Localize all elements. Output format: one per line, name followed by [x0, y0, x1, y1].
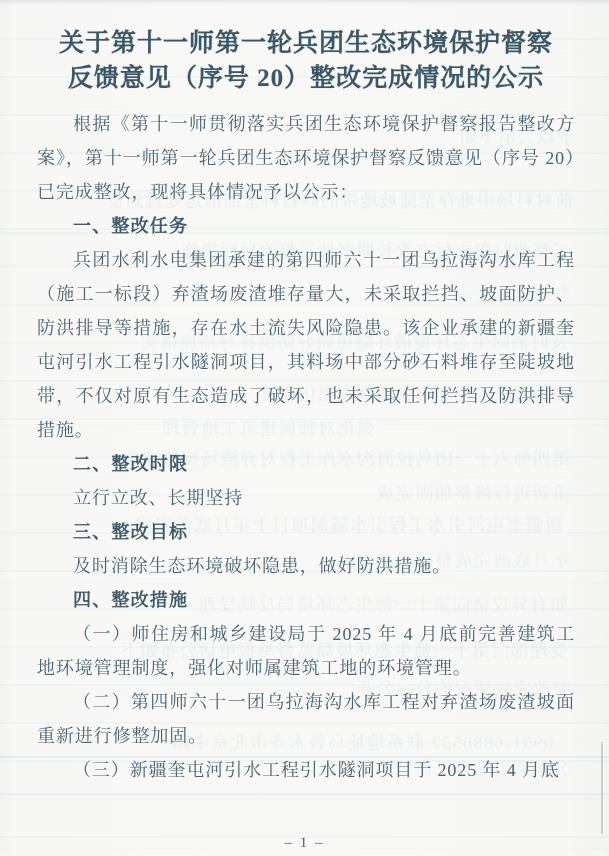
section-heading-goal: 三、整改目标 [37, 515, 575, 549]
scan-edge-artifact [601, 742, 603, 834]
notice-title-line-1: 关于第十一师第一轮兵团生态环境保护督察 [37, 26, 575, 61]
task-paragraph: 兵团水利水电集团承建的第四师六十一团乌拉海沟水库工程（施工一标段）弃渣场废渣堆存… [37, 243, 575, 447]
measure-1-paragraph: （一）师住房和城乡建设局于 2025 年 4 月底前完善建筑工地环境管理制度，强… [37, 617, 575, 685]
measure-2-paragraph: （二）第四师六十一团乌拉海沟水库工程对弃渣场废渣坡面重新进行修整加固。 [37, 685, 575, 753]
scanned-notice-page: 予以公示下如前对料场中堆存至陡坡地带的砂石料全部清运处置到位二整改时限立行立改长… [0, 0, 609, 856]
intro-paragraph: 根据《第十一师贯彻落实兵团生态环境保护督察报告整改方案》，第十一师第一轮兵团生态… [37, 107, 575, 209]
goal-paragraph: 及时消除生态环境破坏隐患，做好防洪措施。 [37, 549, 575, 583]
page-number: – 1 – [0, 835, 609, 851]
notice-title-line-2: 反馈意见（序号 20）整改完成情况的公示 [37, 61, 575, 96]
section-heading-tasks: 一、整改任务 [37, 209, 575, 243]
deadline-paragraph: 立行立改、长期坚持 [37, 481, 575, 515]
notice-title: 关于第十一师第一轮兵团生态环境保护督察 反馈意见（序号 20）整改完成情况的公示 [37, 26, 575, 96]
section-heading-measures: 四、整改措施 [37, 583, 575, 617]
notice-body: 根据《第十一师贯彻落实兵团生态环境保护督察报告整改方案》，第十一师第一轮兵团生态… [37, 107, 575, 787]
measure-3-paragraph: （三）新疆奎屯河引水工程引水隧洞项目于 2025 年 4 月底 [37, 753, 575, 787]
section-heading-deadline: 二、整改时限 [37, 447, 575, 481]
scan-streak [0, 793, 609, 795]
notice-content: 关于第十一师第一轮兵团生态环境保护督察 反馈意见（序号 20）整改完成情况的公示… [37, 0, 575, 787]
